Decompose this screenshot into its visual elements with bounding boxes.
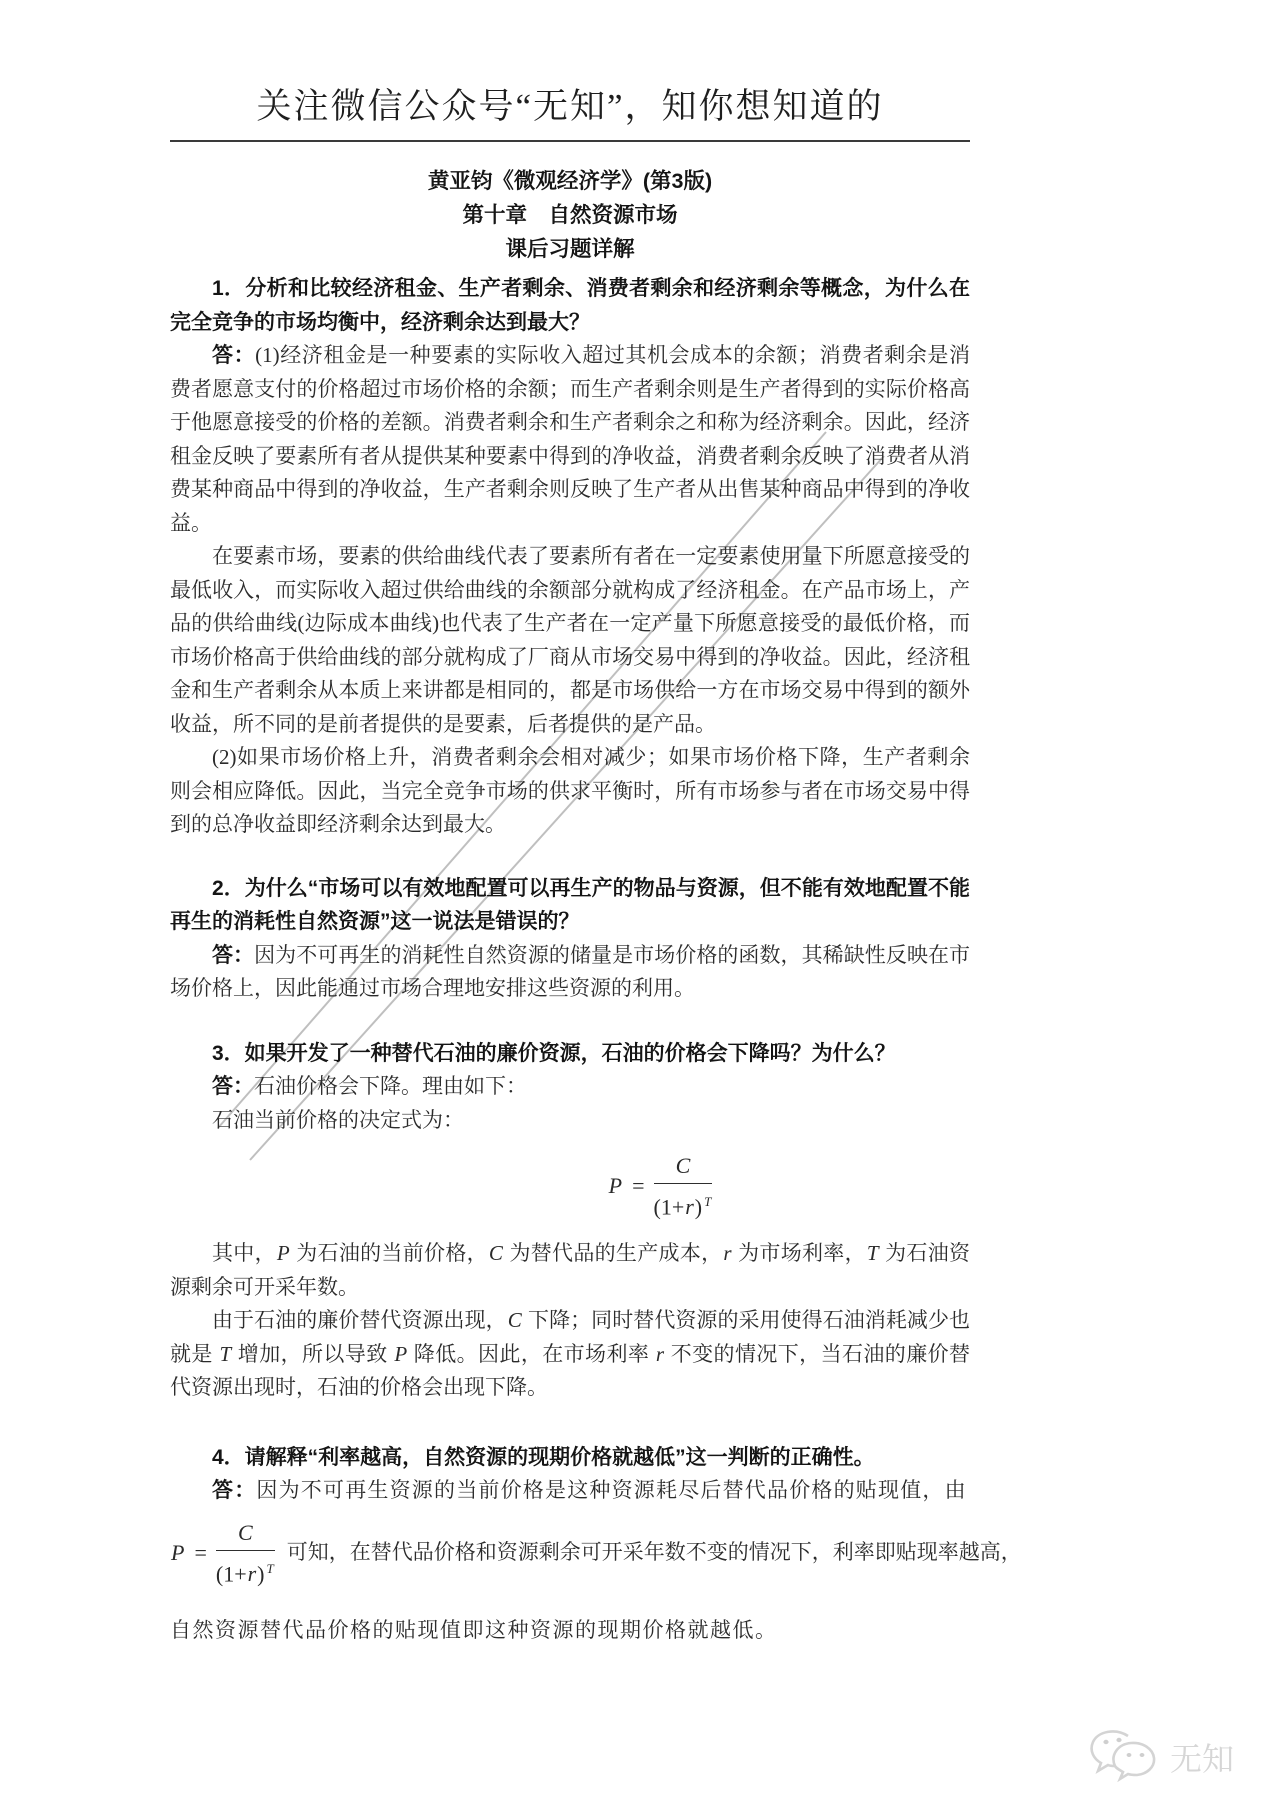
answer-2-paragraph: 答：因为不可再生的消耗性自然资源的储量是市场价格的函数，其稀缺性反映在市场价格上…: [170, 939, 970, 1006]
formula-fraction: C (1+r)T: [216, 1518, 275, 1588]
answer-3-intro: 答：石油价格会下降。理由如下：: [170, 1070, 970, 1104]
formula-numerator: C: [654, 1151, 713, 1184]
scanned-document-page: 关注微信公众号“无知”，知你想知道的 黄亚钧《微观经济学》(第3版) 第十章 自…: [0, 0, 1280, 1810]
answer-2-p1-text: 因为不可再生的消耗性自然资源的储量是市场价格的函数，其稀缺性反映在市场价格上，因…: [170, 943, 970, 1001]
header-rule: [170, 140, 970, 142]
formula-exponent: T: [266, 1561, 275, 1576]
formula-numerator: C: [216, 1518, 275, 1551]
question-2-block: 2．为什么“市场可以有效地配置可以再生产的物品与资源，但不能有效地配置不能再生的…: [170, 872, 970, 1006]
answer-label: 答：: [212, 1075, 254, 1098]
answer-1-paragraph-3: (2)如果市场价格上升，消费者剩余会相对减少；如果市场价格下降，生产者剩余则会相…: [170, 741, 970, 842]
formula-lhs: P: [170, 1542, 185, 1564]
wechat-logo-text: 无知: [1170, 1741, 1234, 1777]
formula-oil-price: P = C (1+r)T: [608, 1151, 713, 1221]
wechat-bubbles-icon: [1092, 1731, 1155, 1779]
answer-4-formula-line: P = C (1+r)T 可知，在替代品价格和资源剩余可开采年数不变的情况下，利…: [170, 1518, 970, 1588]
answer-3-lead: 石油当前价格的决定式为：: [170, 1104, 970, 1138]
book-title: 黄亚钧《微观经济学》(第3版): [170, 164, 970, 198]
answer-1-p1-text: (1)经济租金是一种要素的实际收入超过其机会成本的余额；消费者剩余是消费者愿意支…: [170, 343, 970, 535]
question-3-text: 3．如果开发了一种替代石油的廉价资源，石油的价格会下降吗？为什么？: [170, 1037, 970, 1071]
formula-oil-price-inline: P = C (1+r)T: [170, 1518, 275, 1588]
question-4-text: 4．请解释“利率越高，自然资源的现期价格就越低”这一判断的正确性。: [170, 1441, 970, 1475]
formula-denominator: (1+r)T: [654, 1184, 713, 1221]
question-1-text: 1．分析和比较经济租金、生产者剩余、消费者剩余和经济剩余等概念，为什么在完全竞争…: [170, 272, 970, 339]
formula-lhs: P: [608, 1175, 623, 1197]
header-banner: 关注微信公众号“无知”，知你想知道的: [170, 0, 970, 128]
wechat-bubble-eyes: [1103, 1738, 1144, 1757]
oil-price-formula-display: P = C (1+r)T: [170, 1151, 970, 1221]
formula-equals: =: [632, 1175, 644, 1197]
chapter-title: 第十章 自然资源市场: [170, 198, 970, 232]
answer-label: 答：: [212, 344, 255, 367]
answer-label: 答：: [212, 944, 254, 967]
question-3-block: 3．如果开发了一种替代石油的廉价资源，石油的价格会下降吗？为什么？ 答：石油价格…: [170, 1037, 970, 1405]
formula-fraction: C (1+r)T: [654, 1151, 713, 1221]
answer-1-paragraph-2: 在要素市场，要素的供给曲线代表了要素所有者在一定要素使用量下所愿意接受的最低收入…: [170, 540, 970, 741]
question-1-block: 1．分析和比较经济租金、生产者剩余、消费者剩余和经济剩余等概念，为什么在完全竞争…: [170, 272, 970, 842]
answer-3-note: 其中，P 为石油的当前价格，C 为替代品的生产成本，r 为市场利率，T 为石油资…: [170, 1237, 970, 1304]
answer-4-p1-text: 因为不可再生资源的当前价格是这种资源耗尽后替代品价格的贴现值，由: [256, 1478, 966, 1502]
formula-denominator: (1+r)T: [216, 1551, 275, 1588]
answer-label: 答：: [212, 1479, 256, 1502]
question-2-text: 2．为什么“市场可以有效地配置可以再生产的物品与资源，但不能有效地配置不能再生的…: [170, 872, 970, 939]
answer-4-last-line: 自然资源替代品价格的贴现值即这种资源的现期价格就越低。: [170, 1614, 970, 1648]
answer-3-intro-text: 石油价格会下降。理由如下：: [254, 1074, 527, 1098]
answer-1-paragraph-1: 答：(1)经济租金是一种要素的实际收入超过其机会成本的余额；消费者剩余是消费者愿…: [170, 339, 970, 540]
document-titles: 黄亚钧《微观经济学》(第3版) 第十章 自然资源市场 课后习题详解: [170, 164, 970, 266]
section-title: 课后习题详解: [170, 232, 970, 266]
question-4-block: 4．请解释“利率越高，自然资源的现期价格就越低”这一判断的正确性。 答：因为不可…: [170, 1441, 970, 1648]
answer-4-after-formula: 可知，在替代品价格和资源剩余可开采年数不变的情况下，利率即贴现率越高，: [287, 1536, 1022, 1570]
formula-equals: =: [194, 1542, 206, 1564]
answer-4-paragraph-1: 答：因为不可再生资源的当前价格是这种资源耗尽后替代品价格的贴现值，由: [170, 1474, 970, 1508]
wechat-logo: 无知: [1082, 1722, 1262, 1792]
formula-exponent: T: [703, 1194, 712, 1209]
text-column: 关注微信公众号“无知”，知你想知道的 黄亚钧《微观经济学》(第3版) 第十章 自…: [170, 0, 970, 1648]
answer-3-paragraph-2: 由于石油的廉价替代资源出现，C 下降；同时替代资源的采用使得石油消耗减少也就是 …: [170, 1304, 970, 1405]
